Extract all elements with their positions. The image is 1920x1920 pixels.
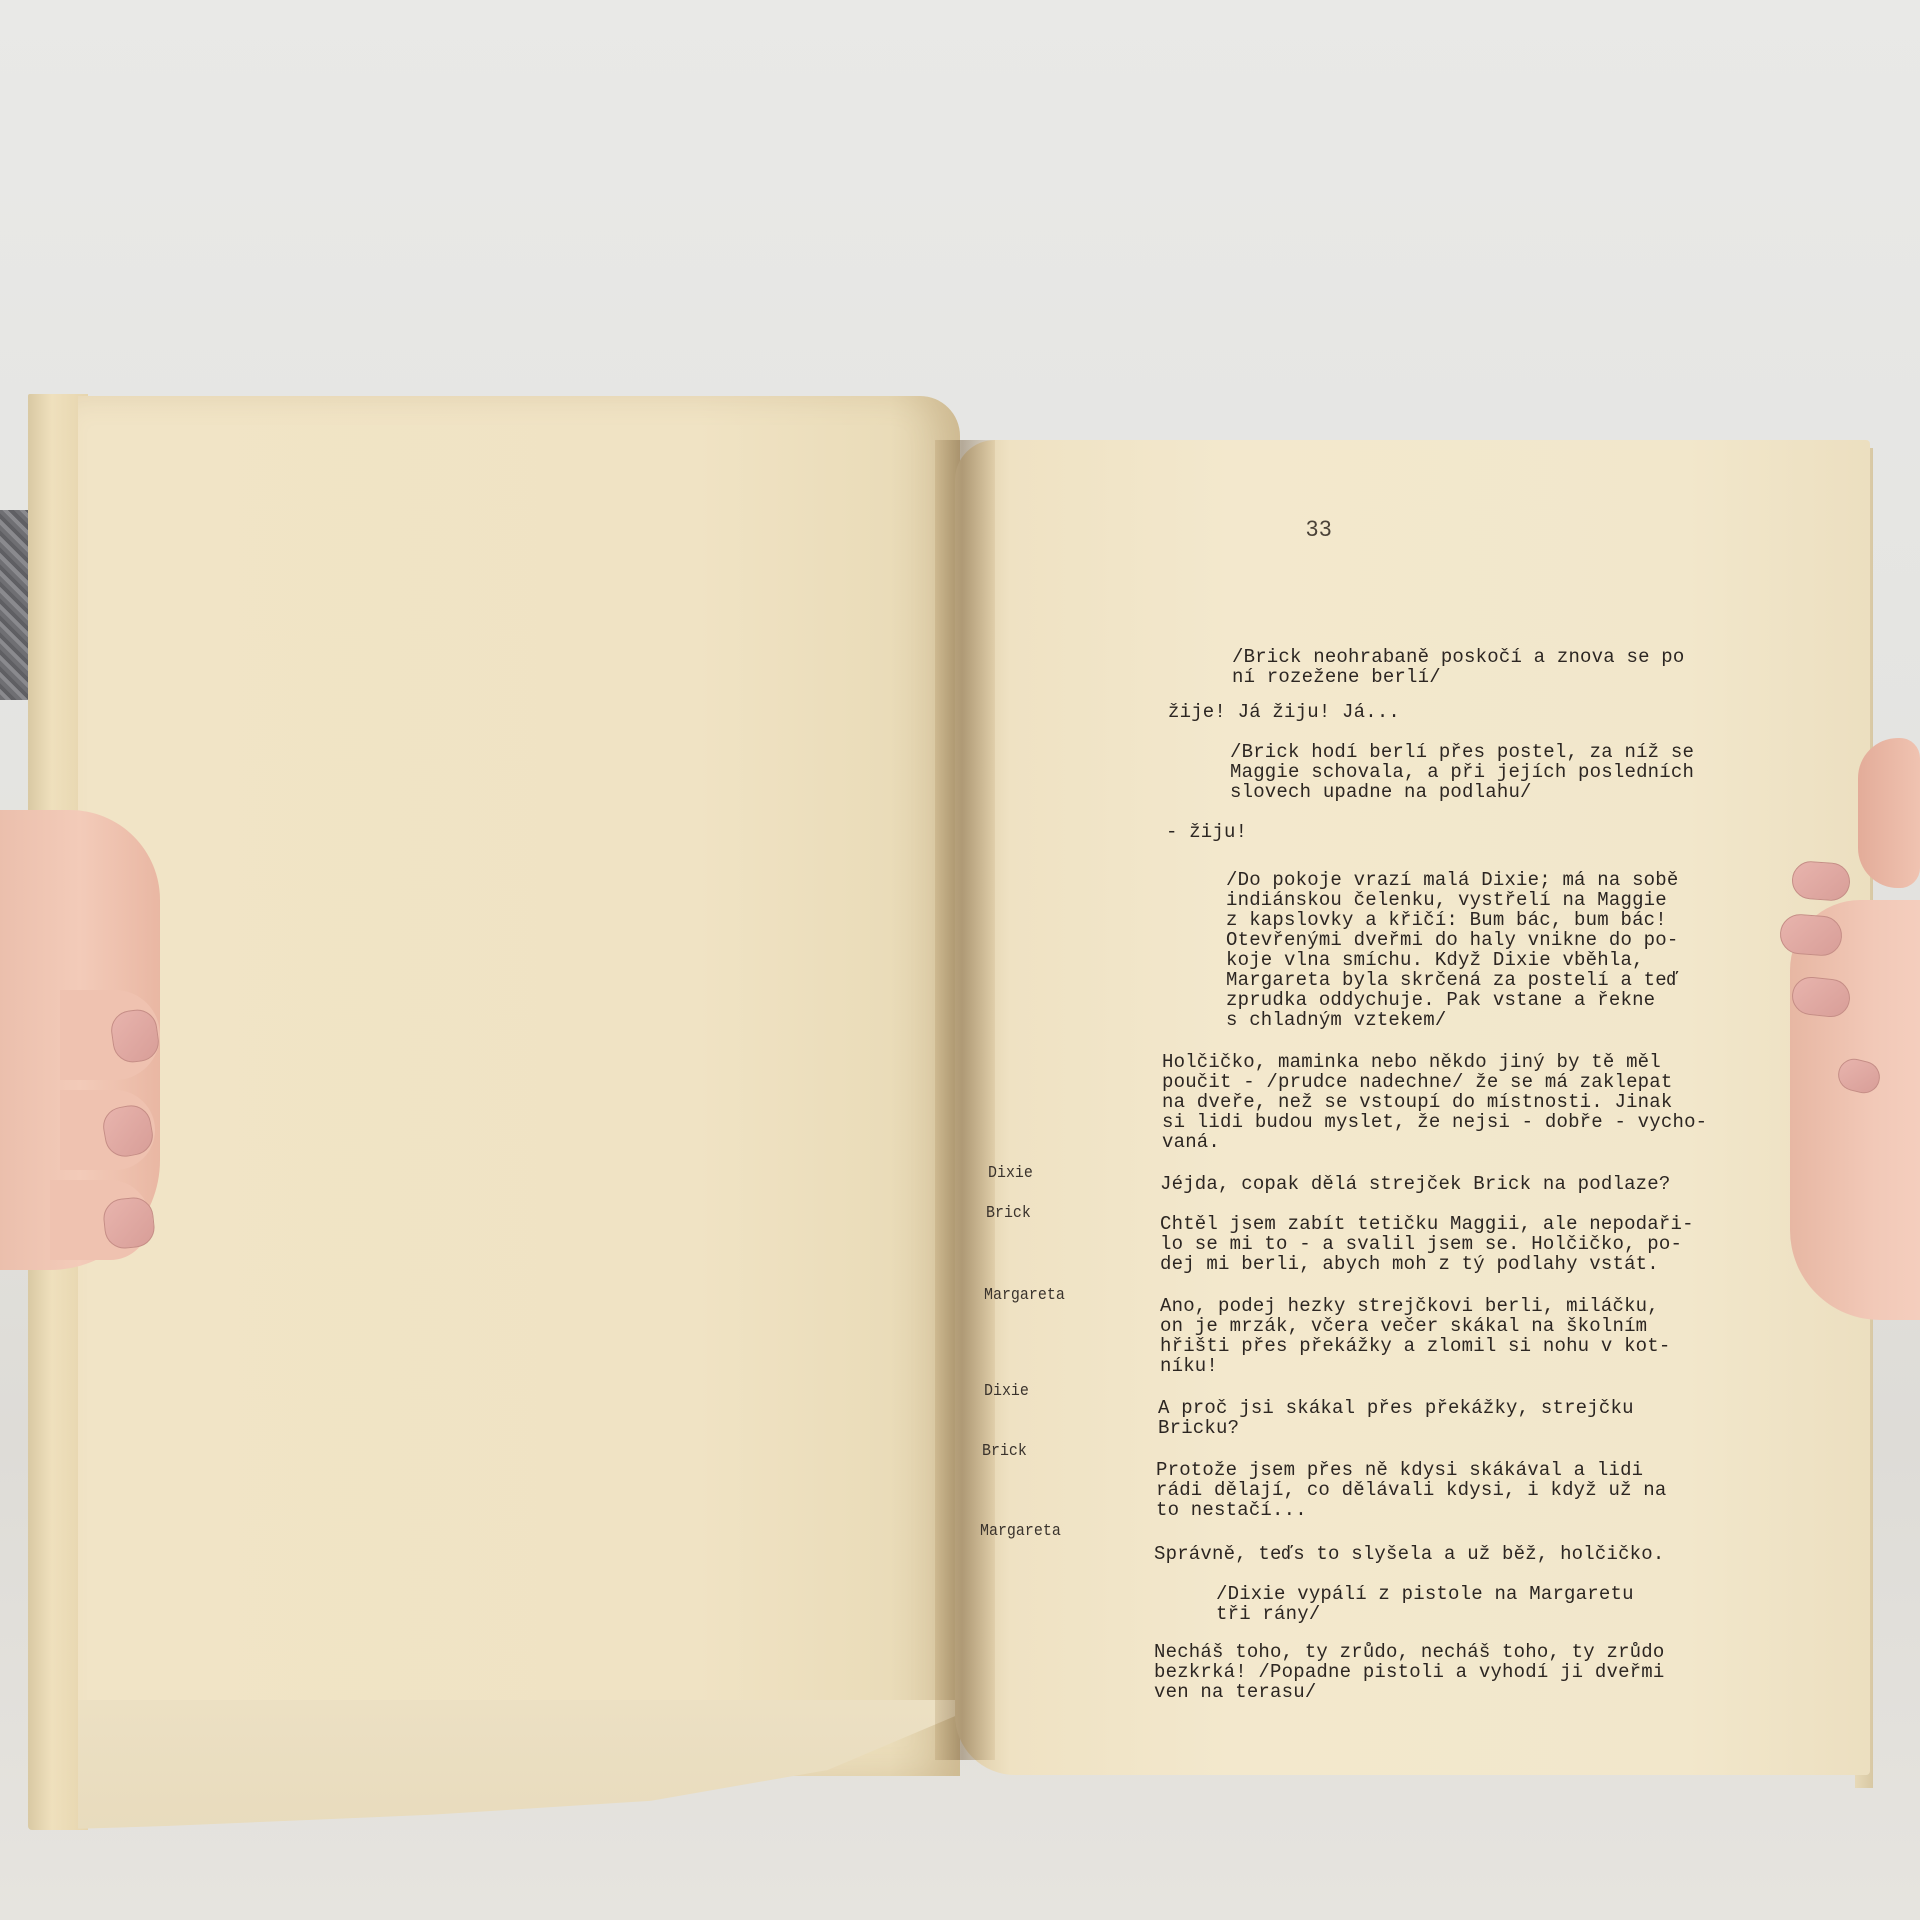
speaker-name: Dixie [988, 1164, 1033, 1183]
stage-direction: /Dixie vypálí z pistole na Margaretu tři… [1216, 1584, 1634, 1624]
right-page-text: 33 /Brick neohrabaně poskočí a znova se … [0, 0, 1920, 1920]
speaker-name: Margareta [984, 1286, 1065, 1305]
stage-direction: /Do pokoje vrazí malá Dixie; má na sobě … [1226, 870, 1678, 1030]
dialogue-line: Necháš toho, ty zrůdo, necháš toho, ty z… [1154, 1642, 1664, 1702]
speaker-name: Margareta [980, 1522, 1061, 1541]
dialogue-line: žije! Já žiju! Já... [1168, 702, 1400, 722]
stage-direction: /Brick hodí berlí přes postel, za níž se… [1230, 742, 1694, 802]
stage-direction: /Brick neohrabaně poskočí a znova se po … [1232, 647, 1684, 687]
fingernail [1791, 860, 1852, 902]
dialogue-line: Jéjda, copak dělá strejček Brick na podl… [1160, 1174, 1670, 1194]
dialogue-line: Správně, teďs to slyšela a už běž, holči… [1154, 1544, 1664, 1564]
fingernail [1779, 913, 1844, 957]
right-thumb [1858, 738, 1920, 888]
speaker-name: Brick [982, 1442, 1027, 1461]
page-number: 33 [1306, 516, 1332, 542]
dialogue-line: - žiju! [1166, 822, 1247, 842]
speaker-name: Brick [986, 1204, 1031, 1223]
dialogue-line: Chtěl jsem zabít tetičku Maggii, ale nep… [1160, 1214, 1694, 1274]
dialogue-line: Protože jsem přes ně kdysi skákával a li… [1156, 1460, 1666, 1520]
dialogue-line: Holčičko, maminka nebo někdo jiný by tě … [1162, 1052, 1707, 1152]
dialogue-line: A proč jsi skákal přes překážky, strejčk… [1158, 1398, 1634, 1438]
dialogue-line: Ano, podej hezky strejčkovi berli, miláč… [1160, 1296, 1670, 1376]
speaker-name: Dixie [984, 1382, 1029, 1401]
right-hand [1790, 900, 1920, 1320]
